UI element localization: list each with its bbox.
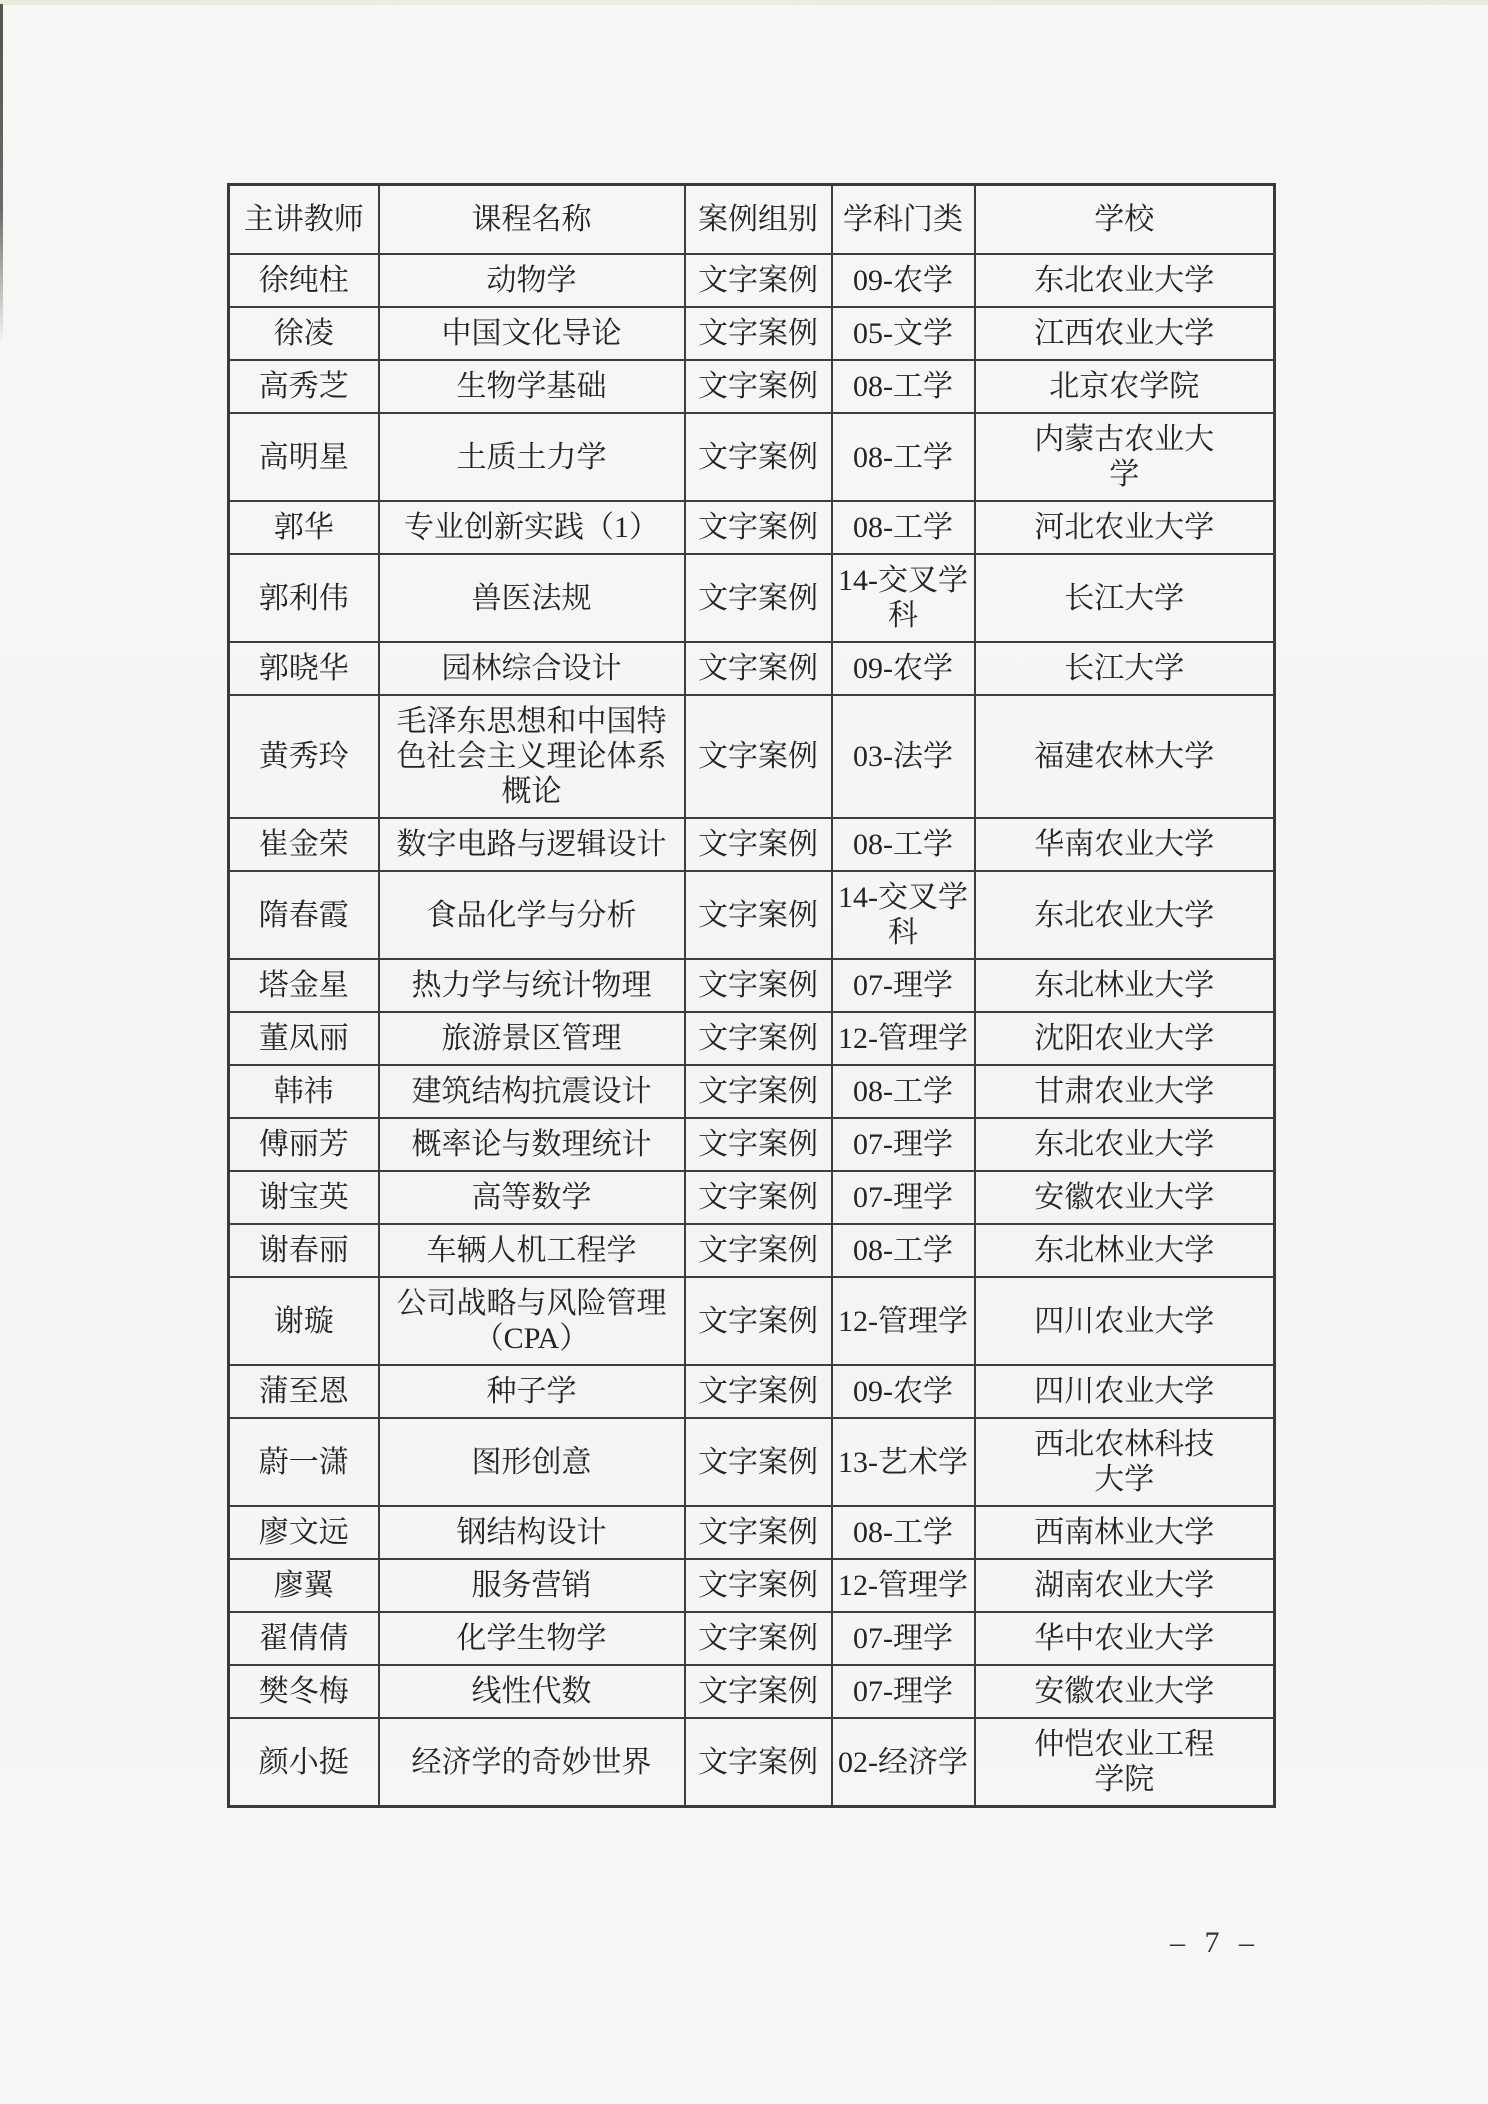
table-row: 廖翼服务营销文字案例12-管理学湖南农业大学	[229, 1559, 1275, 1612]
cell-category: 08-工学	[832, 360, 975, 413]
cell-school: 安徽农业大学	[975, 1665, 1275, 1718]
cell-category: 12-管理学	[832, 1559, 975, 1612]
cell-school: 西南林业大学	[975, 1506, 1275, 1559]
cell-course: 专业创新实践（1）	[379, 501, 685, 554]
table-row: 蒲至恩种子学文字案例09-农学四川农业大学	[229, 1365, 1275, 1418]
cell-teacher: 韩祎	[229, 1065, 379, 1118]
cell-teacher: 蔚一潇	[229, 1418, 379, 1506]
cell-category: 07-理学	[832, 1612, 975, 1665]
cell-teacher: 徐凌	[229, 307, 379, 360]
table-row: 翟倩倩化学生物学文字案例07-理学华中农业大学	[229, 1612, 1275, 1665]
cell-category: 12-管理学	[832, 1012, 975, 1065]
table-row: 董凤丽旅游景区管理文字案例12-管理学沈阳农业大学	[229, 1012, 1275, 1065]
cell-school: 河北农业大学	[975, 501, 1275, 554]
cell-group: 文字案例	[685, 1118, 832, 1171]
cell-school: 东北农业大学	[975, 871, 1275, 959]
table-row: 高秀芝生物学基础文字案例08-工学北京农学院	[229, 360, 1275, 413]
cell-course: 园林综合设计	[379, 642, 685, 695]
cell-group: 文字案例	[685, 959, 832, 1012]
cell-teacher: 郭利伟	[229, 554, 379, 642]
cell-group: 文字案例	[685, 1171, 832, 1224]
cell-teacher: 樊冬梅	[229, 1665, 379, 1718]
cell-course: 生物学基础	[379, 360, 685, 413]
table-row: 韩祎建筑结构抗震设计文字案例08-工学甘肃农业大学	[229, 1065, 1275, 1118]
cell-course: 建筑结构抗震设计	[379, 1065, 685, 1118]
cell-school: 四川农业大学	[975, 1277, 1275, 1365]
cell-school: 四川农业大学	[975, 1365, 1275, 1418]
cell-school: 仲恺农业工程 学院	[975, 1718, 1275, 1807]
cell-course: 公司战略与风险管理 （CPA）	[379, 1277, 685, 1365]
cell-school: 东北林业大学	[975, 1224, 1275, 1277]
cell-school: 沈阳农业大学	[975, 1012, 1275, 1065]
table-row: 颜小挺经济学的奇妙世界文字案例02-经济学仲恺农业工程 学院	[229, 1718, 1275, 1807]
cell-teacher: 廖文远	[229, 1506, 379, 1559]
cell-category: 13-艺术学	[832, 1418, 975, 1506]
cell-school: 内蒙古农业大 学	[975, 413, 1275, 501]
table-row: 谢璇公司战略与风险管理 （CPA）文字案例12-管理学四川农业大学	[229, 1277, 1275, 1365]
cell-school: 长江大学	[975, 642, 1275, 695]
cell-teacher: 颜小挺	[229, 1718, 379, 1807]
cell-group: 文字案例	[685, 554, 832, 642]
cell-teacher: 翟倩倩	[229, 1612, 379, 1665]
cell-course: 概率论与数理统计	[379, 1118, 685, 1171]
cell-group: 文字案例	[685, 254, 832, 307]
cell-group: 文字案例	[685, 642, 832, 695]
column-header-teacher: 主讲教师	[229, 185, 379, 255]
scan-edge-artifact-top	[0, 0, 1488, 5]
cell-school: 湖南农业大学	[975, 1559, 1275, 1612]
cell-category: 08-工学	[832, 501, 975, 554]
cell-school: 东北农业大学	[975, 254, 1275, 307]
cell-category: 07-理学	[832, 959, 975, 1012]
table-row: 徐凌中国文化导论文字案例05-文学江西农业大学	[229, 307, 1275, 360]
cell-category: 07-理学	[832, 1118, 975, 1171]
cell-school: 长江大学	[975, 554, 1275, 642]
cell-category: 09-农学	[832, 254, 975, 307]
column-header-group: 案例组别	[685, 185, 832, 255]
cell-category: 07-理学	[832, 1171, 975, 1224]
cell-course: 中国文化导论	[379, 307, 685, 360]
cell-course: 食品化学与分析	[379, 871, 685, 959]
scan-edge-artifact-left	[0, 4, 3, 344]
cell-course: 毛泽东思想和中国特 色社会主义理论体系 概论	[379, 695, 685, 818]
table-body: 徐纯柱动物学文字案例09-农学东北农业大学徐凌中国文化导论文字案例05-文学江西…	[229, 254, 1275, 1807]
scanned-document-page: 主讲教师课程名称案例组别学科门类学校 徐纯柱动物学文字案例09-农学东北农业大学…	[0, 0, 1488, 2104]
cell-teacher: 徐纯柱	[229, 254, 379, 307]
cell-group: 文字案例	[685, 695, 832, 818]
cell-school: 江西农业大学	[975, 307, 1275, 360]
table-row: 塔金星热力学与统计物理文字案例07-理学东北林业大学	[229, 959, 1275, 1012]
cell-group: 文字案例	[685, 1224, 832, 1277]
cell-group: 文字案例	[685, 1065, 832, 1118]
cell-group: 文字案例	[685, 1277, 832, 1365]
cell-group: 文字案例	[685, 413, 832, 501]
table-row: 郭晓华园林综合设计文字案例09-农学长江大学	[229, 642, 1275, 695]
cell-teacher: 郭晓华	[229, 642, 379, 695]
cell-course: 化学生物学	[379, 1612, 685, 1665]
cell-group: 文字案例	[685, 1665, 832, 1718]
cell-teacher: 蒲至恩	[229, 1365, 379, 1418]
cell-course: 线性代数	[379, 1665, 685, 1718]
cell-course: 经济学的奇妙世界	[379, 1718, 685, 1807]
cell-course: 动物学	[379, 254, 685, 307]
cell-group: 文字案例	[685, 1365, 832, 1418]
cell-course: 热力学与统计物理	[379, 959, 685, 1012]
cell-group: 文字案例	[685, 1559, 832, 1612]
table-row: 廖文远钢结构设计文字案例08-工学西南林业大学	[229, 1506, 1275, 1559]
cell-category: 08-工学	[832, 1224, 975, 1277]
cell-school: 安徽农业大学	[975, 1171, 1275, 1224]
page-number: – 7 –	[1130, 1926, 1300, 1960]
cell-category: 07-理学	[832, 1665, 975, 1718]
column-header-category: 学科门类	[832, 185, 975, 255]
cell-group: 文字案例	[685, 1718, 832, 1807]
cell-group: 文字案例	[685, 360, 832, 413]
cell-teacher: 谢宝英	[229, 1171, 379, 1224]
cell-school: 西北农林科技 大学	[975, 1418, 1275, 1506]
cell-group: 文字案例	[685, 1418, 832, 1506]
cell-school: 福建农林大学	[975, 695, 1275, 818]
column-header-course: 课程名称	[379, 185, 685, 255]
column-header-school: 学校	[975, 185, 1275, 255]
cell-teacher: 隋春霞	[229, 871, 379, 959]
cell-teacher: 黄秀玲	[229, 695, 379, 818]
cell-teacher: 谢璇	[229, 1277, 379, 1365]
cell-course: 钢结构设计	[379, 1506, 685, 1559]
table-row: 黄秀玲毛泽东思想和中国特 色社会主义理论体系 概论文字案例03-法学福建农林大学	[229, 695, 1275, 818]
cell-teacher: 塔金星	[229, 959, 379, 1012]
table-row: 高明星土质土力学文字案例08-工学内蒙古农业大 学	[229, 413, 1275, 501]
cell-teacher: 崔金荣	[229, 818, 379, 871]
cell-group: 文字案例	[685, 1612, 832, 1665]
cell-teacher: 高秀芝	[229, 360, 379, 413]
cell-teacher: 廖翼	[229, 1559, 379, 1612]
cell-teacher: 董凤丽	[229, 1012, 379, 1065]
table-row: 傅丽芳概率论与数理统计文字案例07-理学东北农业大学	[229, 1118, 1275, 1171]
cell-group: 文字案例	[685, 501, 832, 554]
cell-category: 08-工学	[832, 1065, 975, 1118]
cell-category: 08-工学	[832, 818, 975, 871]
cell-teacher: 谢春丽	[229, 1224, 379, 1277]
cell-course: 高等数学	[379, 1171, 685, 1224]
table-row: 郭利伟兽医法规文字案例14-交叉学 科长江大学	[229, 554, 1275, 642]
cell-group: 文字案例	[685, 307, 832, 360]
table-row: 蔚一潇图形创意文字案例13-艺术学西北农林科技 大学	[229, 1418, 1275, 1506]
cell-school: 北京农学院	[975, 360, 1275, 413]
cell-school: 华南农业大学	[975, 818, 1275, 871]
table-row: 谢春丽车辆人机工程学文字案例08-工学东北林业大学	[229, 1224, 1275, 1277]
cell-school: 华中农业大学	[975, 1612, 1275, 1665]
cell-group: 文字案例	[685, 818, 832, 871]
cell-course: 旅游景区管理	[379, 1012, 685, 1065]
cell-category: 08-工学	[832, 413, 975, 501]
cell-group: 文字案例	[685, 871, 832, 959]
cell-teacher: 郭华	[229, 501, 379, 554]
table-row: 樊冬梅线性代数文字案例07-理学安徽农业大学	[229, 1665, 1275, 1718]
table-row: 徐纯柱动物学文字案例09-农学东北农业大学	[229, 254, 1275, 307]
cell-category: 14-交叉学 科	[832, 554, 975, 642]
cell-course: 车辆人机工程学	[379, 1224, 685, 1277]
cell-group: 文字案例	[685, 1012, 832, 1065]
cell-school: 东北林业大学	[975, 959, 1275, 1012]
cell-course: 兽医法规	[379, 554, 685, 642]
table-row: 郭华专业创新实践（1）文字案例08-工学河北农业大学	[229, 501, 1275, 554]
cell-course: 图形创意	[379, 1418, 685, 1506]
cell-category: 12-管理学	[832, 1277, 975, 1365]
cell-category: 03-法学	[832, 695, 975, 818]
cell-category: 09-农学	[832, 1365, 975, 1418]
cell-category: 05-文学	[832, 307, 975, 360]
cell-course: 数字电路与逻辑设计	[379, 818, 685, 871]
cell-course: 种子学	[379, 1365, 685, 1418]
cell-category: 02-经济学	[832, 1718, 975, 1807]
cell-category: 14-交叉学 科	[832, 871, 975, 959]
cell-category: 09-农学	[832, 642, 975, 695]
table-header-row: 主讲教师课程名称案例组别学科门类学校	[229, 185, 1275, 255]
cell-teacher: 傅丽芳	[229, 1118, 379, 1171]
table-row: 隋春霞食品化学与分析文字案例14-交叉学 科东北农业大学	[229, 871, 1275, 959]
cell-school: 甘肃农业大学	[975, 1065, 1275, 1118]
cell-school: 东北农业大学	[975, 1118, 1275, 1171]
course-case-table: 主讲教师课程名称案例组别学科门类学校 徐纯柱动物学文字案例09-农学东北农业大学…	[227, 183, 1276, 1808]
cell-course: 土质土力学	[379, 413, 685, 501]
cell-course: 服务营销	[379, 1559, 685, 1612]
cell-group: 文字案例	[685, 1506, 832, 1559]
table-row: 崔金荣数字电路与逻辑设计文字案例08-工学华南农业大学	[229, 818, 1275, 871]
cell-teacher: 高明星	[229, 413, 379, 501]
cell-category: 08-工学	[832, 1506, 975, 1559]
table-row: 谢宝英高等数学文字案例07-理学安徽农业大学	[229, 1171, 1275, 1224]
